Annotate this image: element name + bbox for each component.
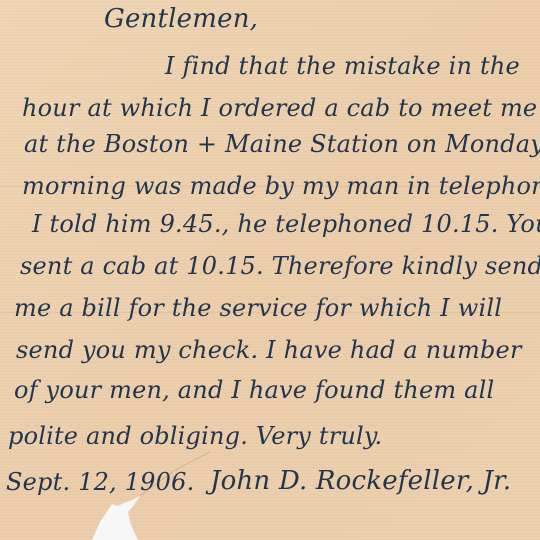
letter-body-line: hour at which I ordered a cab to meet me xyxy=(22,94,537,122)
letter-body-line: send you my check. I have had a number xyxy=(16,336,522,364)
letter-salutation: Gentlemen, xyxy=(104,4,258,34)
letter-body-line: I told him 9.45., he telephoned 10.15. Y… xyxy=(32,210,540,238)
letter-signature: John D. Rockefeller, Jr. xyxy=(210,466,511,496)
letter-paper: Gentlemen, I find that the mistake in th… xyxy=(0,0,540,540)
letter-body-line: of your men, and I have found them all xyxy=(14,376,494,404)
letter-body-line: morning was made by my man in telephonin… xyxy=(22,172,540,200)
letter-body-line: at the Boston + Maine Station on Monday xyxy=(24,130,540,158)
letter-body-line: I find that the mistake in the xyxy=(165,52,520,80)
letter-body-line: sent a cab at 10.15. Therefore kindly se… xyxy=(20,252,540,280)
letter-date: Sept. 12, 1906. xyxy=(6,468,194,496)
letter-body-line: polite and obliging. Very truly. xyxy=(8,422,382,450)
letter-body-line: me a bill for the service for which I wi… xyxy=(14,294,502,322)
